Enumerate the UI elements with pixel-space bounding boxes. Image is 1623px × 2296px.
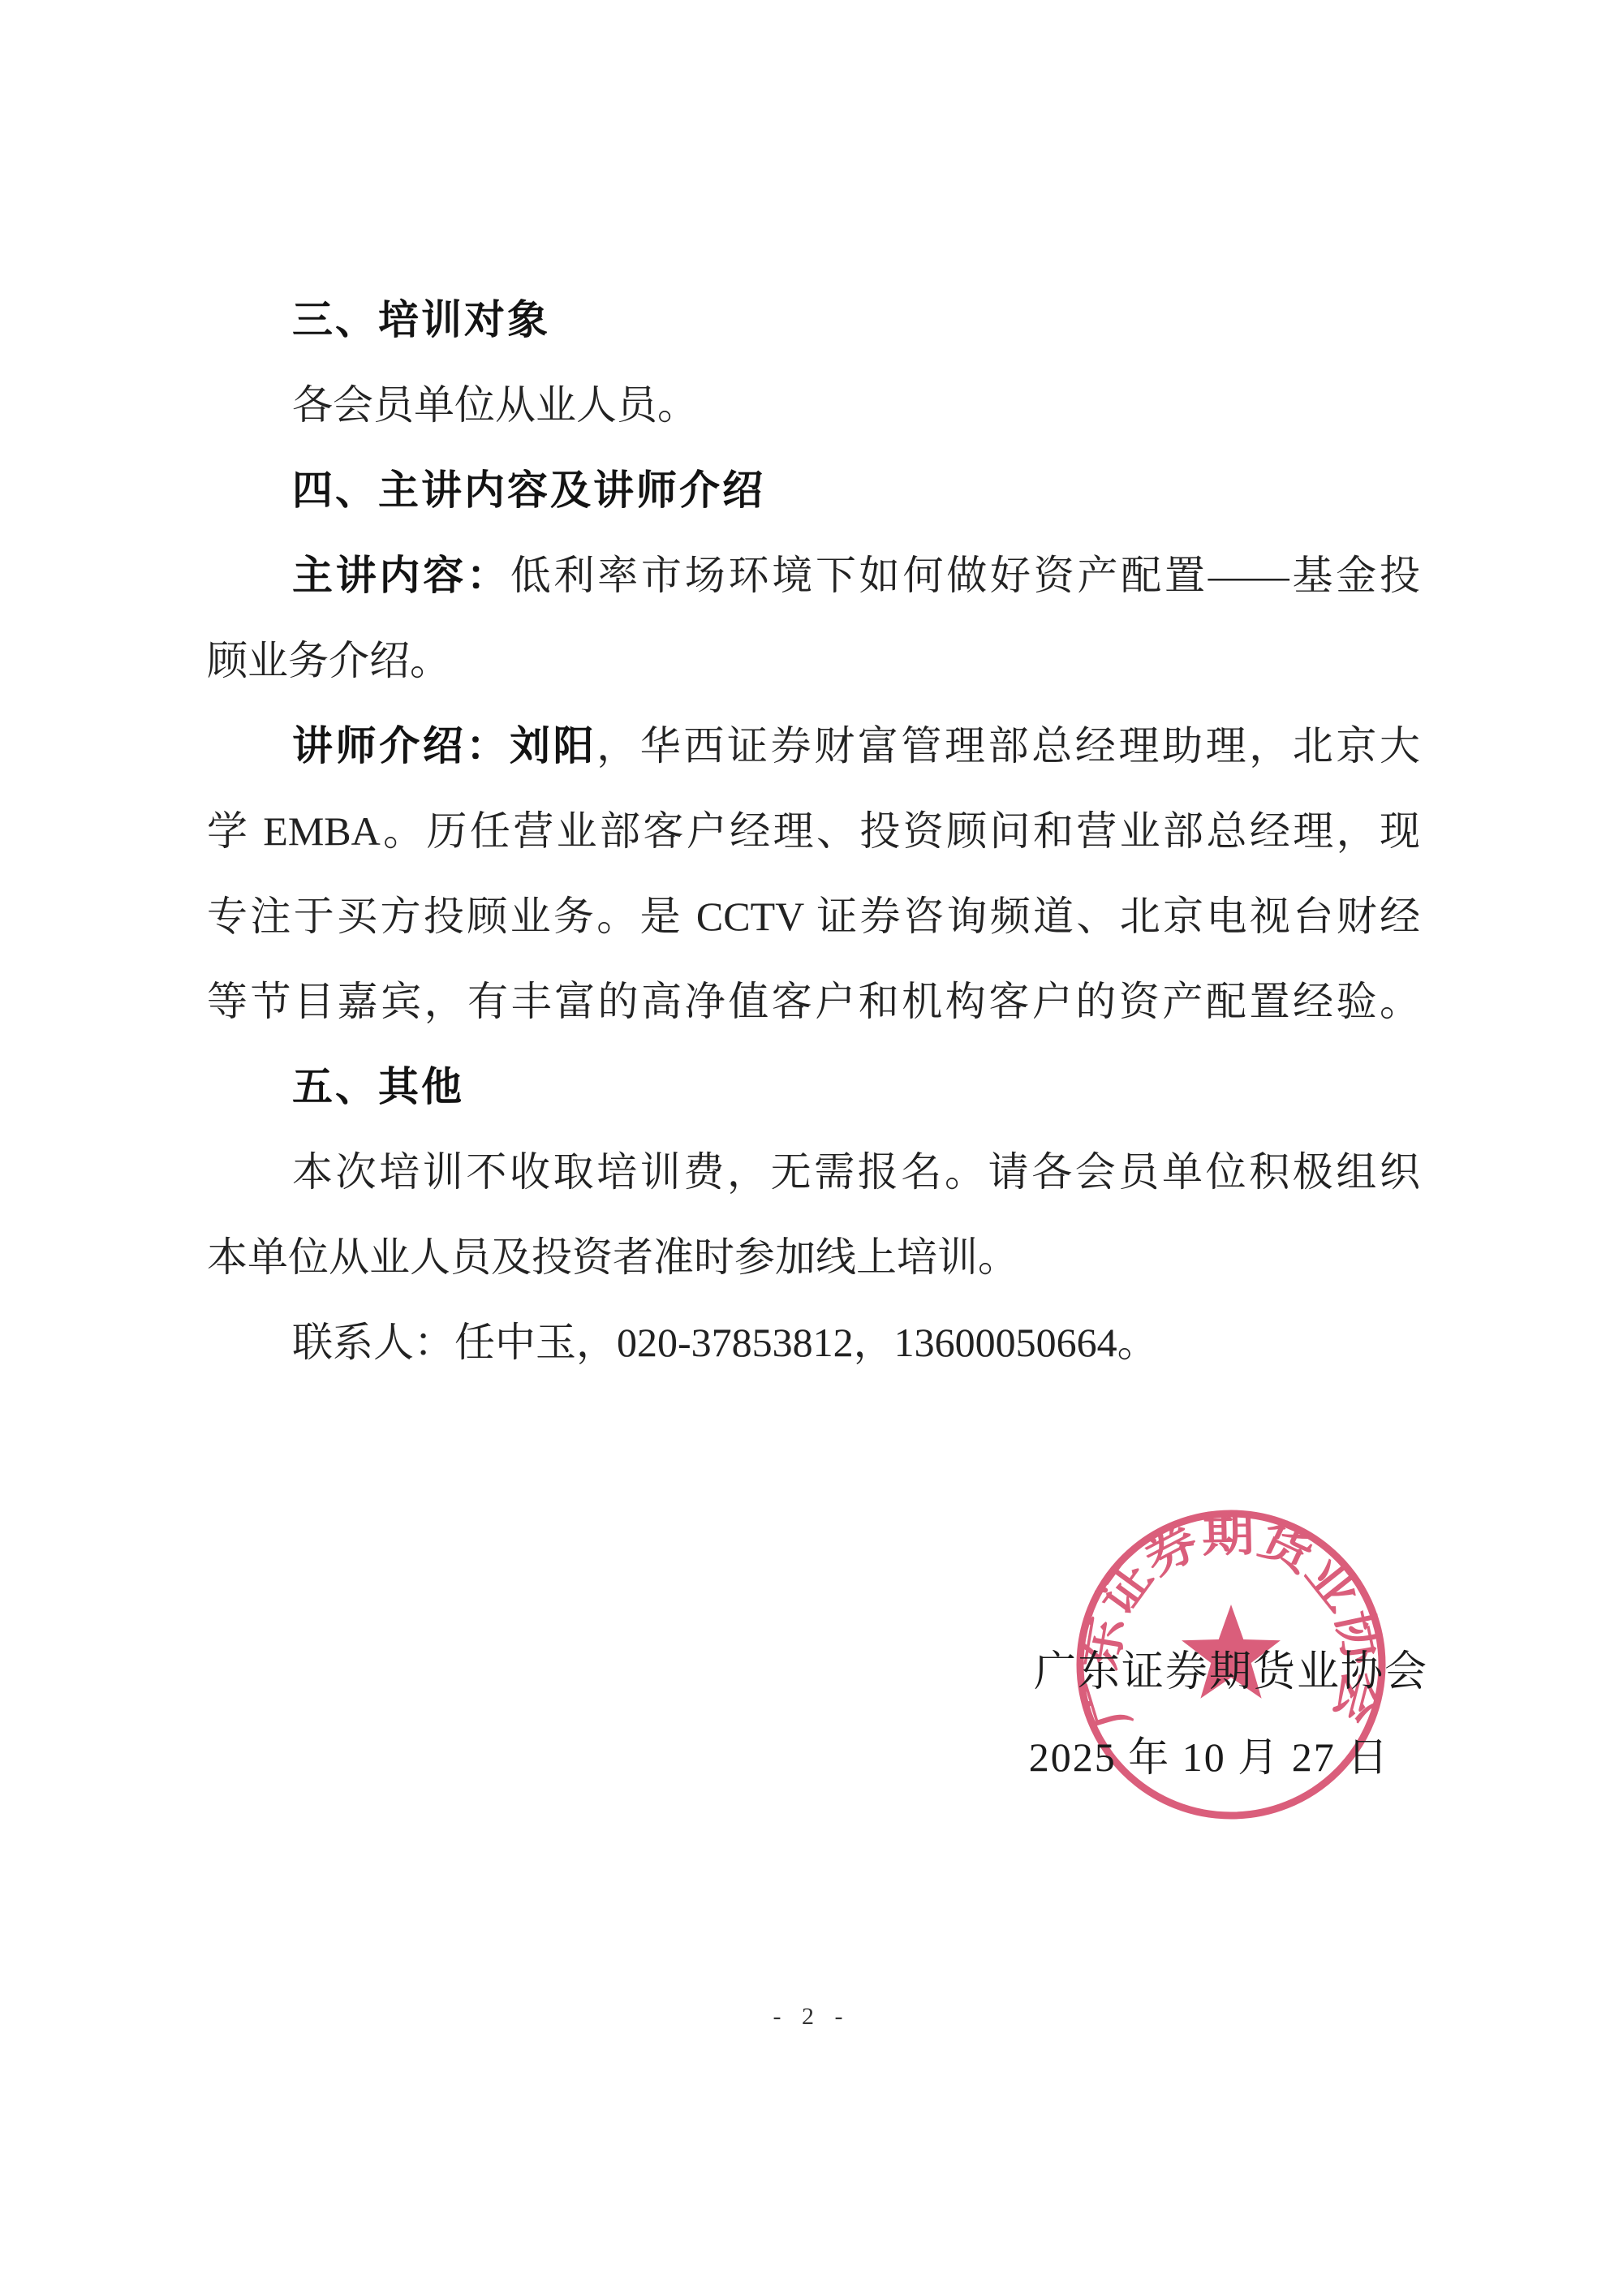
signature-date: 2025 年 10 月 27 日 (990, 1715, 1428, 1800)
paragraph-lecturer-line-2: 学 EMBA。历任营业部客户经理、投资顾问和营业部总经理，现 (207, 789, 1420, 874)
signature-organization: 广东证券期货业协会 (990, 1630, 1428, 1715)
paragraph-lecturer-line-1: 讲师介绍：刘阳，华西证券财富管理部总经理助理，北京大 (207, 704, 1420, 789)
document-page: 三、培训对象 各会员单位从业人员。 四、主讲内容及讲师介绍 主讲内容：低利率市场… (0, 0, 1623, 2296)
contact-line: 联系人：任中玉，020-37853812，13600050664。 (207, 1300, 1420, 1385)
paragraph-notice-line-2: 本单位从业人员及投资者准时参加线上培训。 (207, 1215, 1420, 1300)
section-heading-5: 五、其他 (207, 1045, 1420, 1130)
paragraph-training-audience: 各会员单位从业人员。 (207, 363, 1420, 448)
section-heading-3: 三、培训对象 (207, 278, 1420, 363)
paragraph-content-line-1: 主讲内容：低利率市场环境下如何做好资产配置——基金投 (207, 533, 1420, 618)
lecturer-text: ，华西证券财富管理部总经理助理，北京大 (596, 723, 1420, 769)
section-heading-4: 四、主讲内容及讲师介绍 (207, 448, 1420, 533)
signature-block: 广东证券期货业协会 2025 年 10 月 27 日 (990, 1630, 1428, 1800)
paragraph-notice-line-1: 本次培训不收取培训费，无需报名。请各会员单位积极组织 (207, 1130, 1420, 1215)
lecturer-label: 讲师介绍： (292, 723, 510, 769)
lecturer-name: 刘阳 (510, 723, 596, 769)
content-text: 低利率市场环境下如何做好资产配置——基金投 (510, 553, 1420, 598)
paragraph-lecturer-line-4: 等节目嘉宾，有丰富的高净值客户和机构客户的资产配置经验。 (207, 959, 1420, 1045)
document-body: 三、培训对象 各会员单位从业人员。 四、主讲内容及讲师介绍 主讲内容：低利率市场… (207, 278, 1420, 1385)
paragraph-content-line-2: 顾业务介绍。 (207, 618, 1420, 704)
paragraph-lecturer-line-3: 专注于买方投顾业务。是 CCTV 证券咨询频道、北京电视台财经 (207, 874, 1420, 959)
page-number: - 2 - (0, 2003, 1623, 2031)
content-label: 主讲内容： (292, 553, 510, 598)
